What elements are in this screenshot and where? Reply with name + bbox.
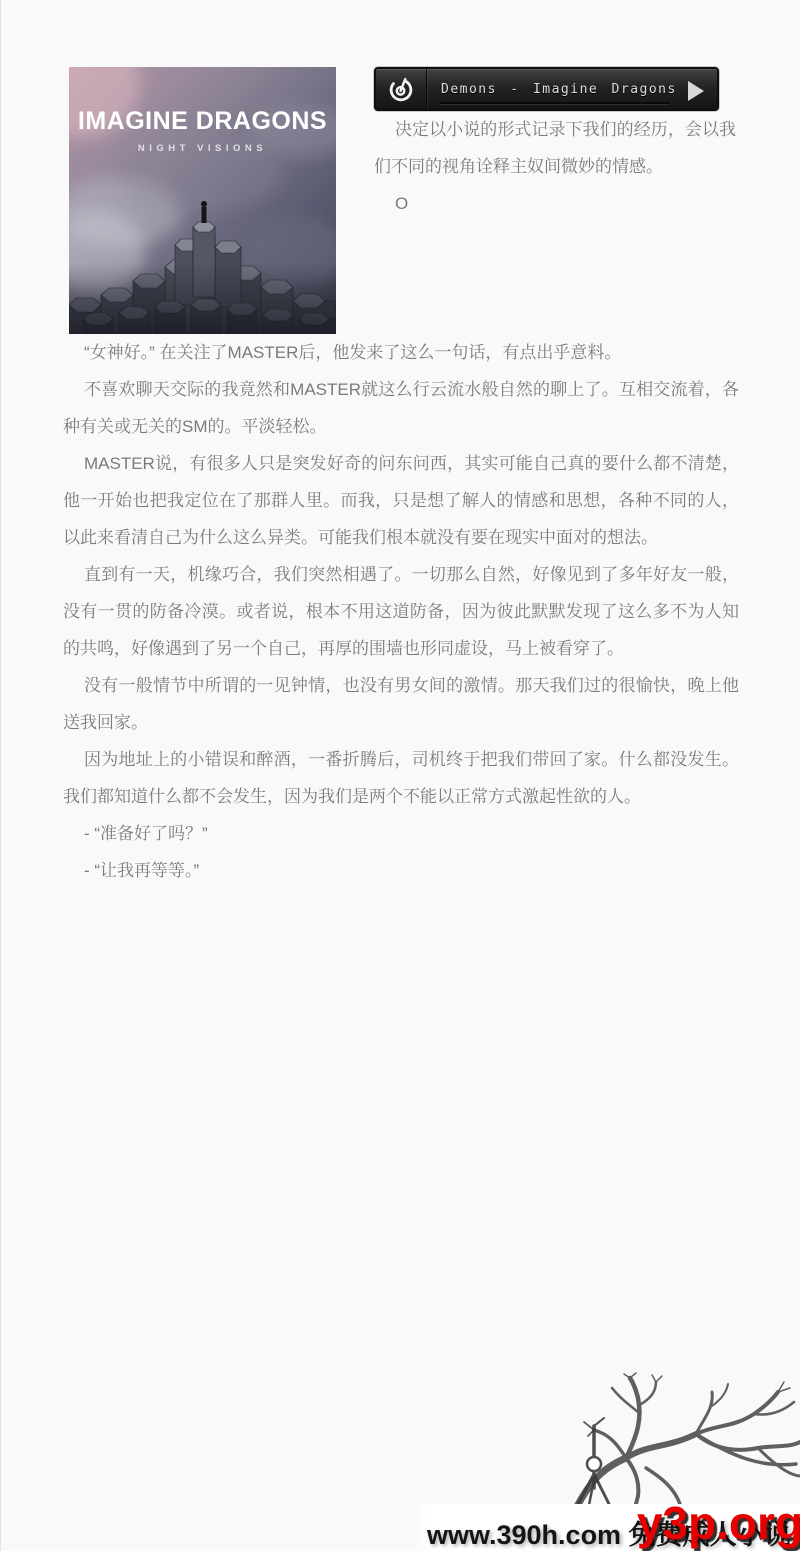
paragraph: “女神好。” 在关注了MASTER后，他发来了这么一句话，有点出乎意料。	[63, 334, 739, 371]
media-header: IMAGINE DRAGONS NIGHT VISIONS Demons - I…	[63, 67, 739, 334]
header-right-column: Demons - Imagine Dragons 决定以小说的形式记录下我们的经…	[374, 67, 736, 222]
album-cover-art: IMAGINE DRAGONS NIGHT VISIONS	[69, 67, 336, 334]
album-cover: IMAGINE DRAGONS NIGHT VISIONS	[69, 67, 336, 334]
paragraph: - “准备好了吗？”	[63, 815, 739, 852]
progress-bar[interactable]	[440, 102, 670, 105]
paragraph: MASTER说，有很多人只是突发好奇的问东问西，其实可能自己真的要什么都不清楚，…	[63, 445, 739, 556]
person-silhouette	[201, 201, 207, 223]
watermark: www.390h.com 免费成人小说 y3p.org	[413, 1504, 800, 1551]
section-marker: O	[374, 185, 736, 222]
paragraph: 不喜欢聊天交际的我竟然和MASTER就这么行云流水般自然的聊上了。互相交流着，各…	[63, 371, 739, 445]
music-player[interactable]: Demons - Imagine Dragons	[374, 67, 719, 111]
play-icon[interactable]	[685, 79, 707, 103]
story-text: “女神好。” 在关注了MASTER后，他发来了这么一句话，有点出乎意料。 不喜欢…	[63, 334, 739, 889]
paragraph: 没有一般情节中所谓的一见钟情，也没有男女间的激情。那天我们过的很愉快，晚上他送我…	[63, 667, 739, 741]
article-body: IMAGINE DRAGONS NIGHT VISIONS Demons - I…	[63, 67, 739, 889]
paragraph: - “让我再等等。”	[63, 852, 739, 889]
track-title: Demons - Imagine Dragons	[441, 82, 677, 97]
album-title: NIGHT VISIONS	[138, 143, 267, 154]
tree-illustration	[546, 1372, 800, 1512]
watermark-overlay-text: y3p.org	[637, 1496, 800, 1550]
intro-paragraph: 决定以小说的形式记录下我们的经历，会以我们不同的视角诠释主奴间微妙的情感。	[374, 111, 736, 185]
paragraph: 直到有一天，机缘巧合，我们突然相遇了。一切那么自然，好像见到了多年好友一般，没有…	[63, 556, 739, 667]
paragraph: 因为地址上的小错误和醉酒，一番折腾后，司机终于把我们带回了家。什么都没发生。我们…	[63, 741, 739, 815]
netease-music-icon	[376, 69, 427, 109]
album-artist: IMAGINE DRAGONS	[78, 107, 327, 135]
